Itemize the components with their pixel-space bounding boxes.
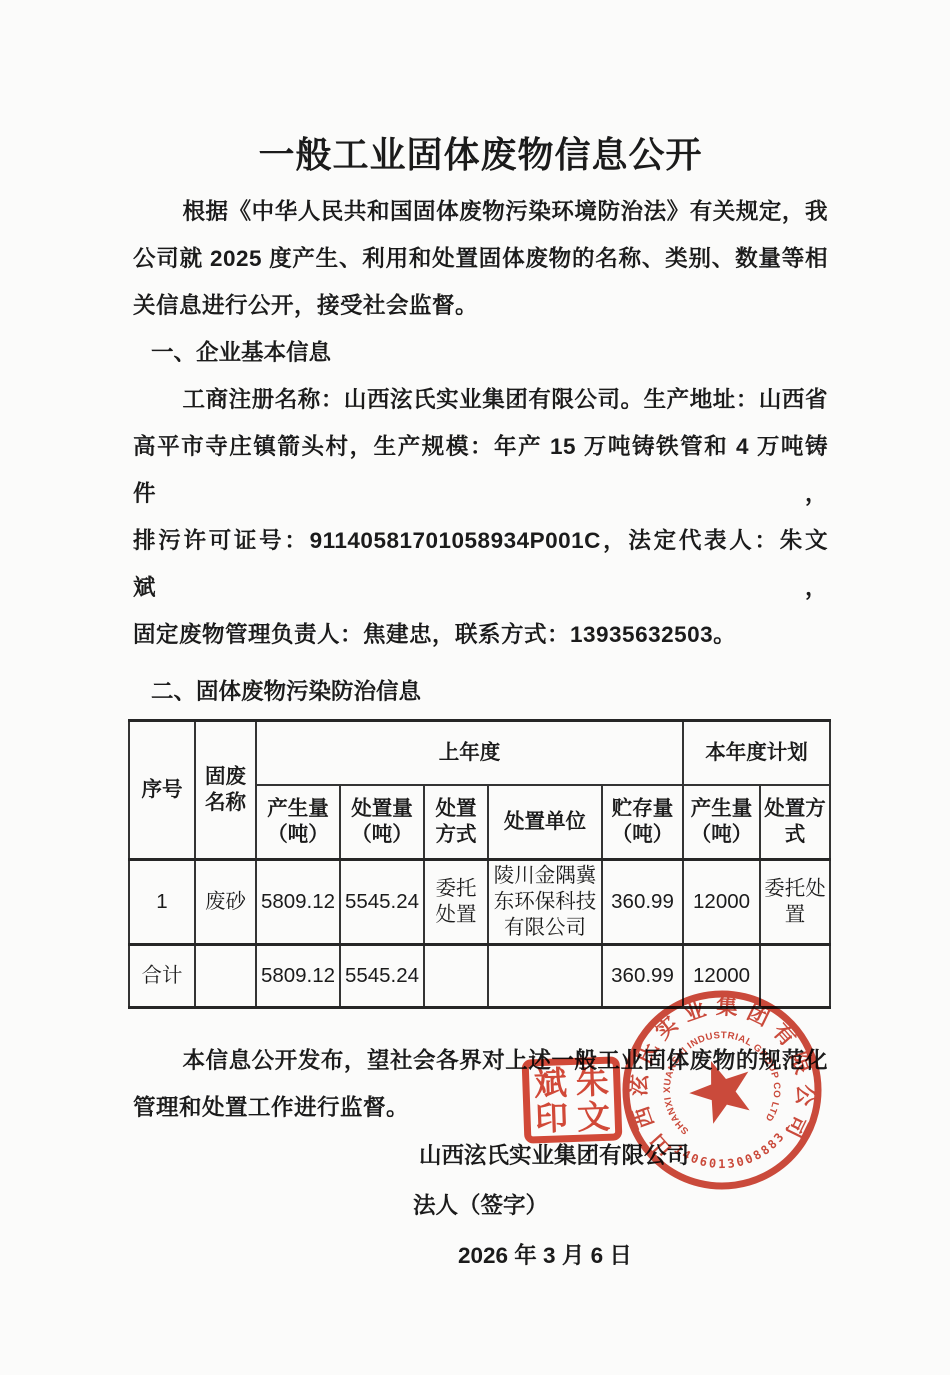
waste-table: 序号 固废 名称 上年度 本年度计划 产生量 （吨） 处置量 （吨） 处置 方式… xyxy=(128,719,831,1009)
table-header-cell: 产生量 （吨） xyxy=(683,785,760,860)
table-cell: 5545.24 xyxy=(340,945,424,1008)
table-cell: 5809.12 xyxy=(256,860,340,945)
table-cell: 5809.12 xyxy=(256,945,340,1008)
page-title: 一般工业固体废物信息公开 xyxy=(133,134,828,176)
section1-line: 工商注册名称：山西泫氏实业集团有限公司。生产地址：山西省 xyxy=(133,376,828,423)
section1-heading: 一、企业基本信息 xyxy=(133,329,828,376)
section1-line: 固定废物管理负责人：焦建忠，联系方式：13935632503。 xyxy=(133,611,828,658)
table-cell: 1 xyxy=(129,860,195,945)
table-header-cell: 处置单位 xyxy=(488,785,602,860)
seal-char: 斌 xyxy=(533,1066,567,1100)
table-cell: 委托处 置 xyxy=(760,860,830,945)
table-header-row-groups: 序号 固废 名称 上年度 本年度计划 xyxy=(129,721,830,786)
table-cell: 360.99 xyxy=(602,860,683,945)
seal-char: 朱 xyxy=(575,1065,609,1099)
document-page: 一般工业固体废物信息公开 根据《中华人民共和国固体废物污染环境防治法》有关规定，… xyxy=(0,0,950,1375)
table-cell: 委托 处置 xyxy=(424,860,488,945)
table-cell: 陵川金隅冀 东环保科技 有限公司 xyxy=(488,860,602,945)
intro-paragraph: 根据《中华人民共和国固体废物污染环境防治法》有关规定，我 公司就 2025 度产… xyxy=(133,188,828,329)
table-cell xyxy=(488,945,602,1008)
section2-heading: 二、固体废物污染防治信息 xyxy=(133,668,828,715)
table-header-cell: 产生量 （吨） xyxy=(256,785,340,860)
table-header-cell-last-year: 上年度 xyxy=(256,721,683,786)
table-cell: 合计 xyxy=(129,945,195,1008)
stamp-star-icon xyxy=(681,1050,760,1128)
company-round-stamp: 山西泫氏实业集团有限公司 SHANXI XUANSHI INDUSTRIAL G… xyxy=(598,966,846,1214)
table-header-cell: 处置方 式 xyxy=(760,785,830,860)
intro-line: 公司就 2025 度产生、利用和处置固体废物的名称、类别、数量等相 xyxy=(133,235,828,282)
table-header-cell: 处置量 （吨） xyxy=(340,785,424,860)
section1-line: 高平市寺庄镇箭头村，生产规模：年产 15 万吨铸铁管和 4 万吨铸件， xyxy=(133,423,828,517)
table-cell: 废砂 xyxy=(195,860,256,945)
table-header-cell-this-year: 本年度计划 xyxy=(683,721,830,786)
table-cell xyxy=(195,945,256,1008)
table-cell: 5545.24 xyxy=(340,860,424,945)
table-cell xyxy=(424,945,488,1008)
table-header-cell: 贮存量 （吨） xyxy=(602,785,683,860)
seal-char: 印 xyxy=(535,1101,569,1135)
section1-line: 排污许可证号：91140581701058934P001C，法定代表人：朱文斌， xyxy=(133,517,828,611)
table-header-cell: 固废 名称 xyxy=(195,721,256,860)
intro-line: 关信息进行公开，接受社会监督。 xyxy=(133,282,828,329)
table-header-cell: 处置 方式 xyxy=(424,785,488,860)
seal-char: 文 xyxy=(577,1100,611,1134)
table-cell: 12000 xyxy=(683,860,760,945)
table-header-cell: 序号 xyxy=(129,721,195,860)
table-row: 1 废砂 5809.12 5545.24 委托 处置 陵川金隅冀 东环保科技 有… xyxy=(129,860,830,945)
intro-line: 根据《中华人民共和国固体废物污染环境防治法》有关规定，我 xyxy=(133,188,828,235)
signature-date: 2026 年 3 月 6 日 xyxy=(458,1231,828,1281)
section1-paragraph: 工商注册名称：山西泫氏实业集团有限公司。生产地址：山西省 高平市寺庄镇箭头村，生… xyxy=(133,376,828,658)
